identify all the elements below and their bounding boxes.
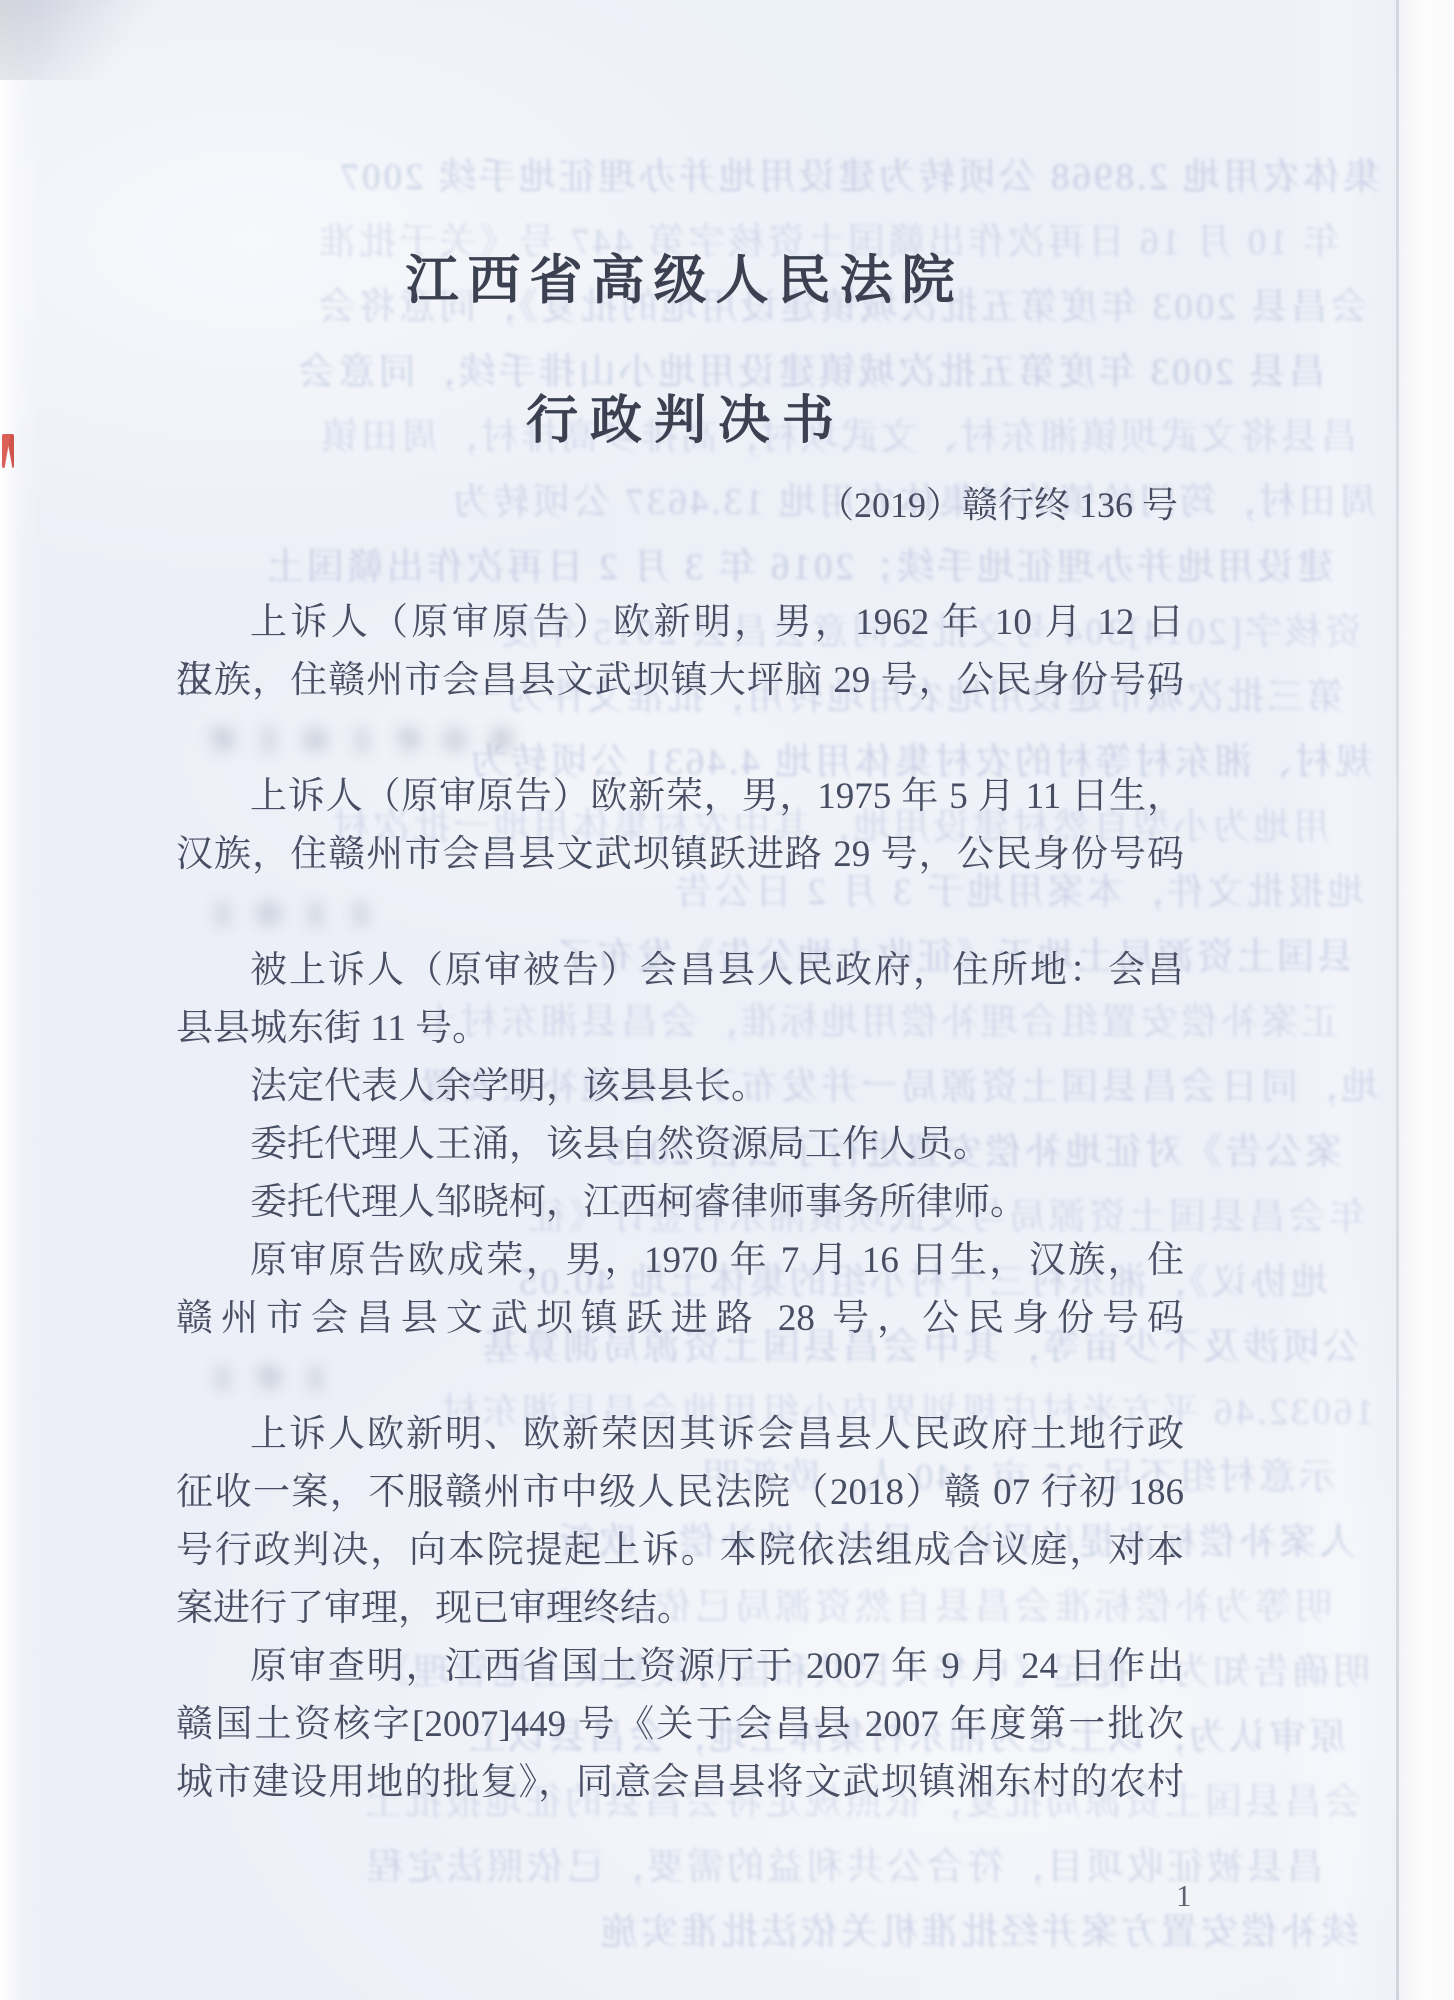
- body-line: 赣国土资核字[2007]449 号《关于会昌县 2007 年度第一批次: [176, 1696, 1184, 1754]
- redacted-id-line: 191: [176, 1348, 1184, 1406]
- body-line: 委托代理人邹晓柯，江西柯睿律师事务所律师。: [176, 1174, 1184, 1232]
- body-line: 原审查明，江西省国土资源厅于 2007 年 9 月 24 日作出: [176, 1638, 1184, 1696]
- body-line: 号行政判决，向本院提起上诉。本院依法组成合议庭，对本: [176, 1522, 1184, 1580]
- case-number: （2019）赣行终 136 号: [176, 477, 1178, 528]
- body-line: 法定代表人余学明，该县县长。: [176, 1058, 1184, 1116]
- scanner-background-strip: [1399, 0, 1454, 2000]
- id-number-blur: 191: [212, 1352, 632, 1401]
- id-number-blur: 9101908: [212, 714, 632, 763]
- document-type-title: 行政判决书: [176, 378, 1184, 453]
- body-line: 上诉人（原审原告）欧新明，男，1962 年 10 月 12 日生，: [176, 594, 1184, 652]
- body-line: 县县城东街 11 号。: [176, 1000, 1184, 1058]
- red-pen-mark: [2, 434, 14, 468]
- body-line: 城市建设用地的批复》，同意会昌县将文武坝镇湘东村的农村: [176, 1754, 1184, 1812]
- body-line: 汉族，住赣州市会昌县文武坝镇大坪脑 29 号，公民身份号码: [176, 652, 1184, 710]
- body-line: 案进行了审理，现已审理终结。: [176, 1580, 1184, 1638]
- body-line: 上诉人欧新明、欧新荣因其诉会昌县人民政府土地行政: [176, 1406, 1184, 1464]
- page-number: 1: [1176, 1878, 1192, 1914]
- body-line: 被上诉人（原审被告）会昌县人民政府，住所地：会昌: [176, 942, 1184, 1000]
- body-line: 上诉人（原审原告）欧新荣，男，1975 年 5 月 11 日生，: [176, 768, 1184, 826]
- redacted-id-line: 1011: [176, 884, 1184, 942]
- body-line: 赣州市会昌县文武坝镇跃进路 28 号，公民身份号码: [176, 1290, 1184, 1348]
- judgment-body-text: 上诉人（原审原告）欧新明，男，1962 年 10 月 12 日生，汉族，住赣州市…: [176, 594, 1184, 1812]
- body-line: 委托代理人王涌，该县自然资源局工作人员。: [176, 1116, 1184, 1174]
- body-line: 汉族，住赣州市会昌县文武坝镇跃进路 29 号，公民身份号码: [176, 826, 1184, 884]
- body-line: 原审原告欧成荣，男，1970 年 7 月 16 日生，汉族，住: [176, 1232, 1184, 1290]
- id-number-blur: 1011: [212, 888, 632, 937]
- court-name: 江西省高级人民法院: [176, 238, 1184, 314]
- paper-sheet: 集体农用地 2.8968 公顷转为建设用地并办理征地手续 2007年 10 月 …: [0, 0, 1399, 2000]
- scanned-court-judgment-page: 集体农用地 2.8968 公顷转为建设用地并办理征地手续 2007年 10 月 …: [0, 0, 1454, 2000]
- judgment-content: 江西省高级人民法院 行政判决书 （2019）赣行终 136 号 上诉人（原审原告…: [0, 0, 1399, 2000]
- body-line: 征收一案，不服赣州市中级人民法院（2018）赣 07 行初 186: [176, 1464, 1184, 1522]
- redacted-id-line: 9101908: [176, 710, 1184, 768]
